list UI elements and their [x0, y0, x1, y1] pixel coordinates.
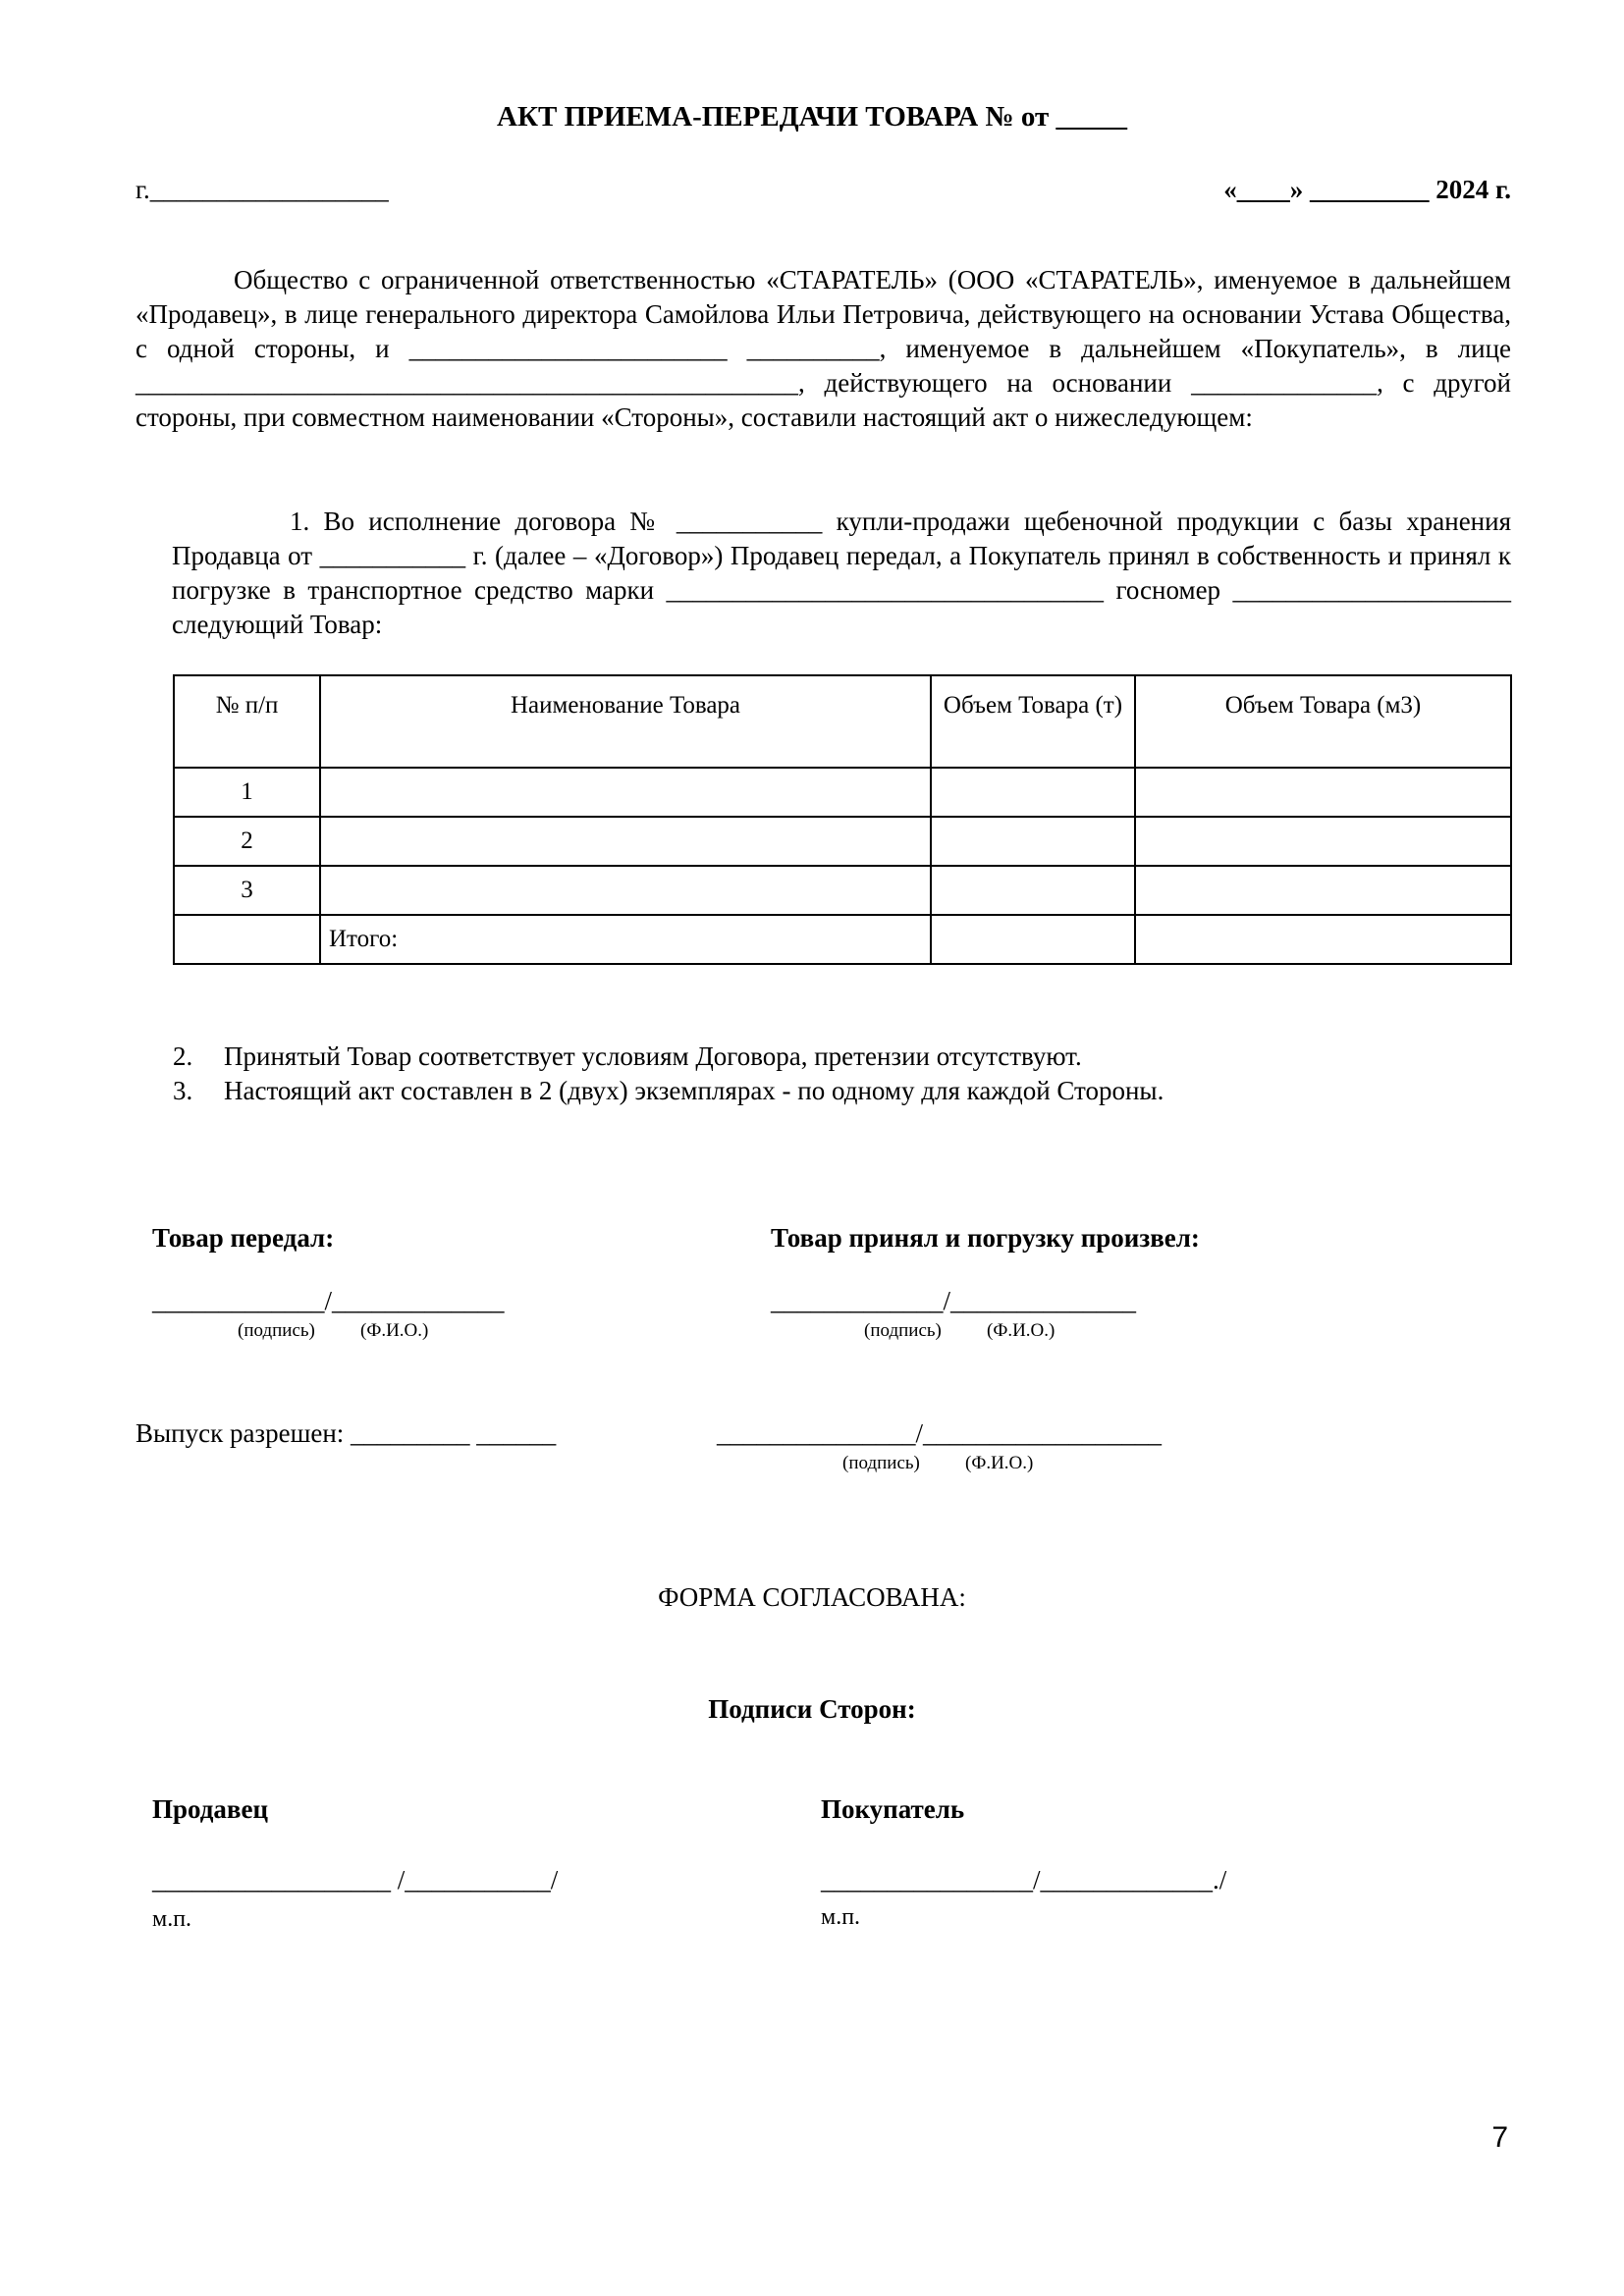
caption-signature: (подпись)	[238, 1320, 315, 1342]
date-field: «____» _________ 2024 г.	[1223, 173, 1511, 207]
cell-number: 3	[174, 866, 320, 915]
seller-sign-line: __________________ /___________/	[152, 1863, 558, 1897]
cell-number: 1	[174, 768, 320, 817]
accepted-label: Товар принял и погрузку произвел:	[771, 1221, 1200, 1255]
page-number: 7	[1491, 2120, 1508, 2155]
release-sign-line: _______________/__________________	[717, 1416, 1162, 1451]
list-item: 3. Настоящий акт составлен в 2 (двух) эк…	[173, 1074, 1164, 1108]
parties-signatures-heading: Подписи Сторон:	[0, 1692, 1624, 1727]
cell-volume-m3	[1135, 817, 1511, 866]
city-field: г.__________________	[135, 173, 389, 207]
list-item-text: Принятый Товар соответствует условиям До…	[224, 1040, 1082, 1074]
cell-total-volume-m3	[1135, 915, 1511, 964]
cell-volume-t	[931, 866, 1135, 915]
cell-name	[320, 866, 931, 915]
cell-total-label: Итого:	[320, 915, 931, 964]
header-volume-m3: Объем Товара (м3)	[1135, 675, 1511, 768]
caption-signature: (подпись)	[842, 1453, 920, 1474]
cell-total-volume-t	[931, 915, 1135, 964]
accepted-sign-line: _____________/______________	[771, 1284, 1136, 1318]
clauses-list: 2. Принятый Товар соответствует условиям…	[173, 1040, 1164, 1108]
cell-number: 2	[174, 817, 320, 866]
cell-number	[174, 915, 320, 964]
caption-name: (Ф.И.О.)	[360, 1320, 428, 1342]
cell-name	[320, 817, 931, 866]
buyer-sign-line: ________________/_____________./	[821, 1863, 1226, 1897]
goods-table: № п/п Наименование Товара Объем Товара (…	[173, 674, 1512, 965]
list-item-number: 2.	[173, 1040, 224, 1074]
clause-1: 1. Во исполнение договора № ___________ …	[172, 505, 1511, 642]
header-name: Наименование Товара	[320, 675, 931, 768]
table-total-row: Итого:	[174, 915, 1511, 964]
cell-volume-m3	[1135, 768, 1511, 817]
table-row: 1	[174, 768, 1511, 817]
caption-signature: (подпись)	[864, 1320, 942, 1342]
table-header-row: № п/п Наименование Товара Объем Товара (…	[174, 675, 1511, 768]
intro-paragraph: Общество с ограниченной ответственностью…	[135, 263, 1511, 435]
buyer-stamp: м.п.	[821, 1900, 860, 1935]
form-approved-heading: ФОРМА СОГЛАСОВАНА:	[0, 1580, 1624, 1615]
table-row: 2	[174, 817, 1511, 866]
caption-name: (Ф.И.О.)	[987, 1320, 1055, 1342]
caption-name: (Ф.И.О.)	[965, 1453, 1033, 1474]
cell-volume-t	[931, 817, 1135, 866]
seller-stamp: м.п.	[152, 1902, 191, 1937]
transferred-sign-line: _____________/_____________	[152, 1284, 505, 1318]
cell-name	[320, 768, 931, 817]
list-item-text: Настоящий акт составлен в 2 (двух) экзем…	[224, 1074, 1164, 1108]
header-number: № п/п	[174, 675, 320, 768]
list-item: 2. Принятый Товар соответствует условиям…	[173, 1040, 1164, 1074]
list-item-number: 3.	[173, 1074, 224, 1108]
release-label: Выпуск разрешен: _________ ______	[135, 1416, 556, 1451]
table-row: 3	[174, 866, 1511, 915]
seller-label: Продавец	[152, 1792, 268, 1827]
buyer-label: Покупатель	[821, 1792, 964, 1827]
document-title: АКТ ПРИЕМА-ПЕРЕДАЧИ ТОВАРА № от _____	[0, 100, 1624, 134]
cell-volume-t	[931, 768, 1135, 817]
transferred-label: Товар передал:	[152, 1221, 334, 1255]
cell-volume-m3	[1135, 866, 1511, 915]
header-volume-t: Объем Товара (т)	[931, 675, 1135, 768]
